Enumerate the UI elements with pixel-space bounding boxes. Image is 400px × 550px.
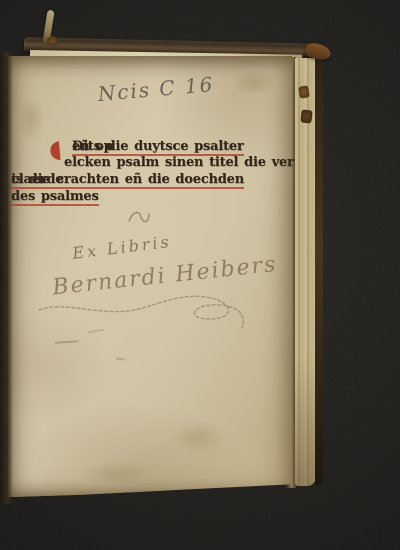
binding-tie-knot (47, 36, 58, 46)
book-photograph: Ncis C 16 ◖ Dits die duytsce psalter eñ … (0, 0, 400, 550)
clasp-remnant (298, 85, 310, 98)
printed-text: . (11, 189, 15, 204)
page-stain (233, 68, 277, 96)
signature-paraph-flourish (35, 290, 250, 335)
board-outer-edge (315, 58, 323, 485)
printed-text-rubricated: is die crachten eñ die doechden (11, 172, 244, 189)
gutter-shadow (0, 52, 13, 504)
ink-flourish-mark (126, 208, 152, 226)
clasp-remnant (300, 109, 312, 123)
printed-text-rubricated: des psalmes (11, 189, 99, 206)
page-stain (16, 96, 46, 142)
page-stain (170, 420, 226, 454)
page-stain (80, 462, 150, 486)
printed-text: eñ op (72, 139, 113, 154)
printed-text: elcken psalm sinen titel die ver (64, 155, 294, 170)
